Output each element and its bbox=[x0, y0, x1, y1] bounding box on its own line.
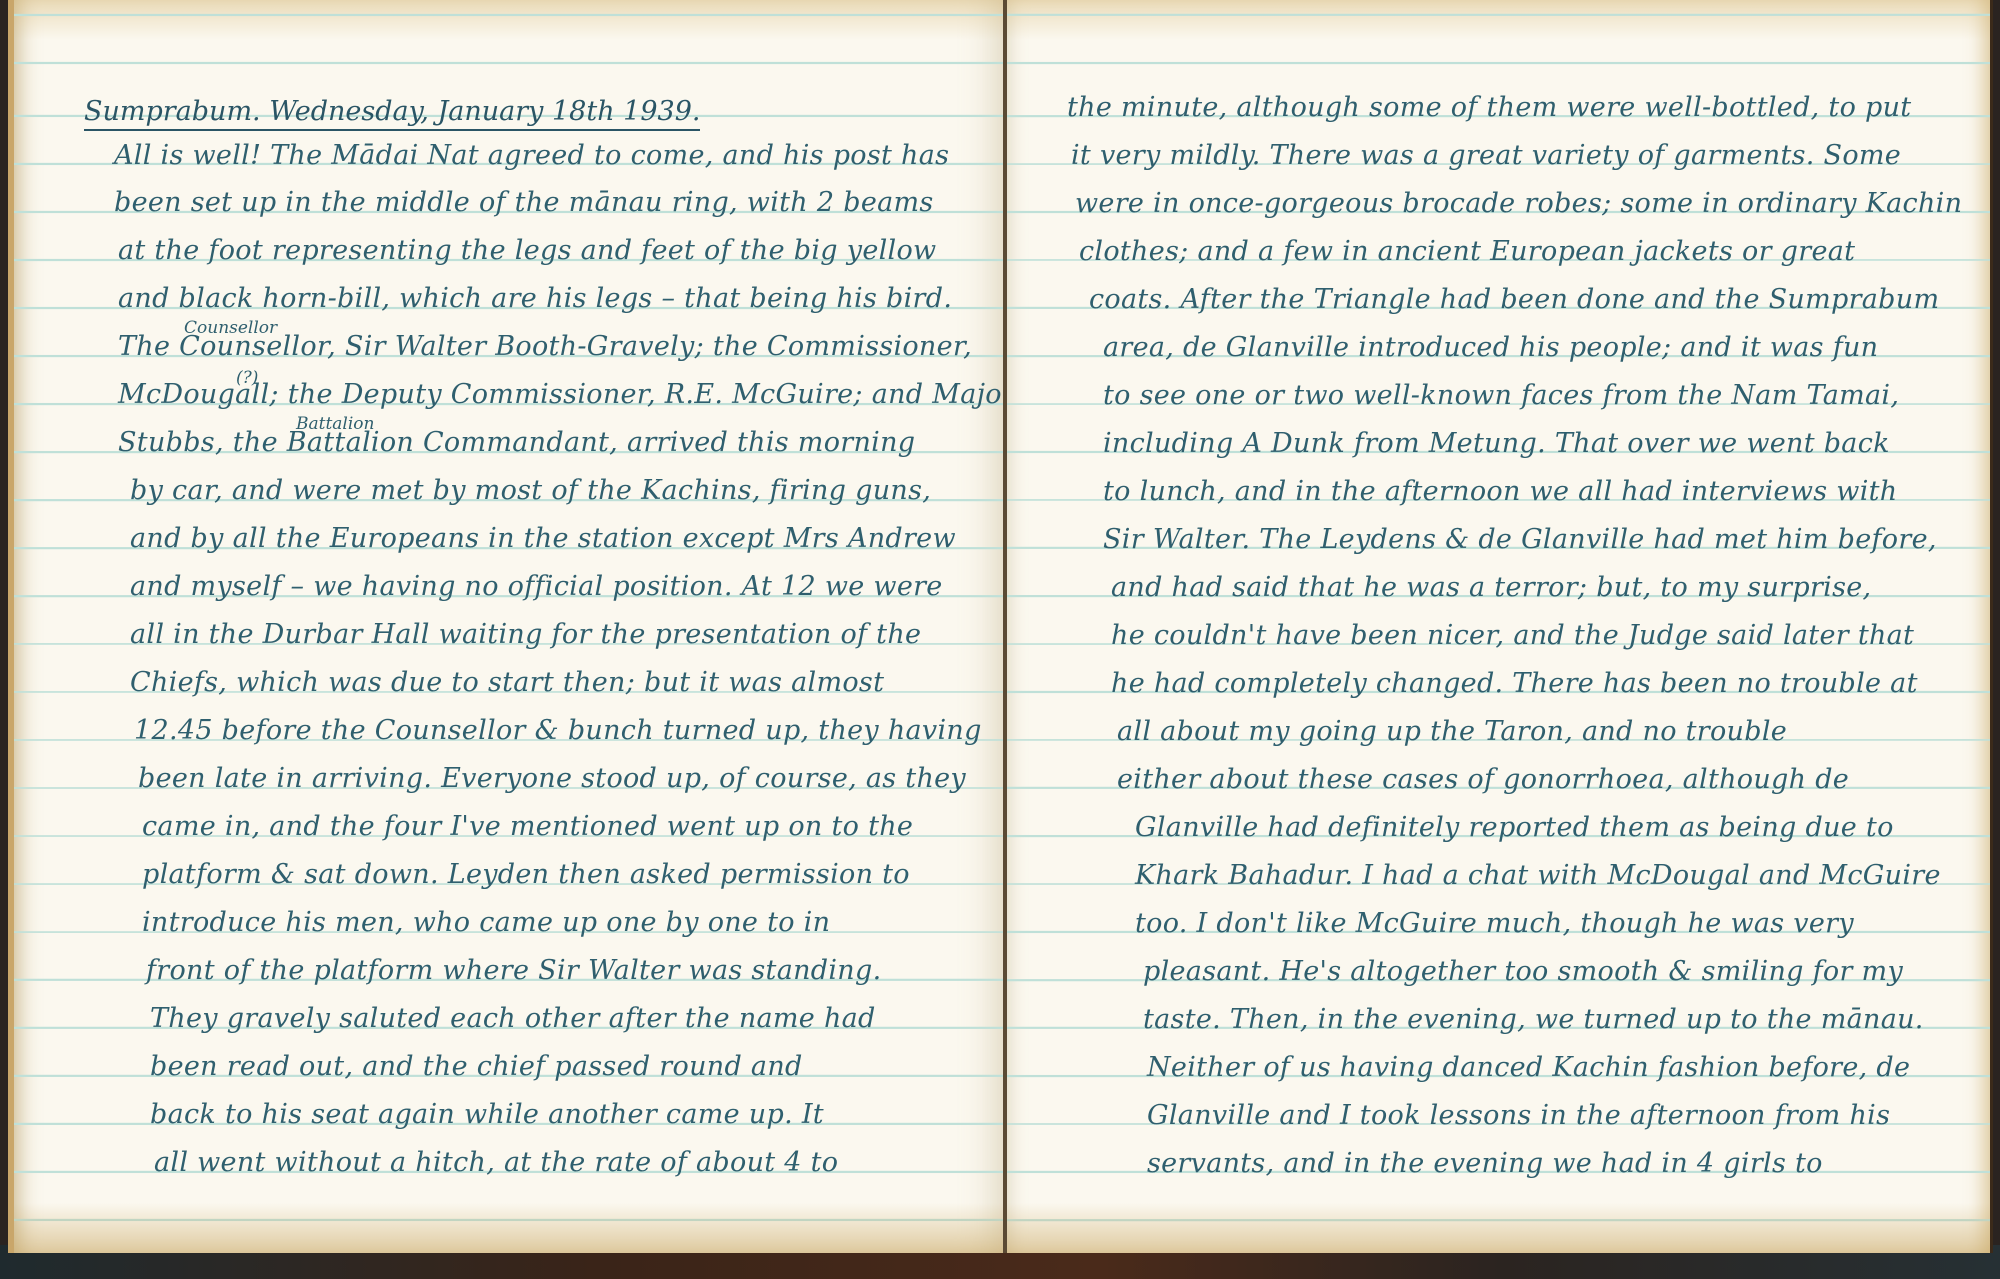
handwritten-line: coats. After the Triangle had been done … bbox=[1089, 284, 1939, 315]
handwritten-line: servants, and in the evening we had in 4… bbox=[1147, 1148, 1823, 1179]
handwritten-line: taste. Then, in the evening, we turned u… bbox=[1143, 1004, 1924, 1035]
handwritten-line: been read out, and the chief passed roun… bbox=[150, 1051, 803, 1082]
left-notebook-page: Sumprabum. Wednesday, January 18th 1939.… bbox=[8, 0, 1011, 1253]
handwritten-line: and black horn-bill, which are his legs … bbox=[118, 283, 952, 314]
handwritten-line: 12.45 before the Counsellor & bunch turn… bbox=[134, 715, 982, 746]
handwritten-line: back to his seat again while another cam… bbox=[150, 1099, 824, 1130]
handwritten-line: Khark Bahadur. I had a chat with McDouga… bbox=[1135, 860, 1941, 891]
handwritten-line: and by all the Europeans in the station … bbox=[130, 523, 956, 554]
handwritten-line: either about these cases of gonorrhoea, … bbox=[1117, 764, 1849, 795]
paper-stain-bottom bbox=[1007, 1203, 1990, 1253]
handwritten-line: been late in arriving. Everyone stood up… bbox=[138, 763, 966, 794]
handwritten-line: Neither of us having danced Kachin fashi… bbox=[1147, 1052, 1910, 1083]
inserted-word-battalion: Battalion bbox=[296, 414, 374, 434]
handwritten-line: and had said that he was a terror; but, … bbox=[1111, 572, 1871, 603]
handwritten-line: all went without a hitch, at the rate of… bbox=[154, 1147, 838, 1178]
handwritten-line: were in once-gorgeous brocade robes; som… bbox=[1075, 188, 1962, 219]
inserted-question-mark: (?) bbox=[236, 368, 258, 388]
handwritten-line: All is well! The Mādai Nat agreed to com… bbox=[114, 140, 949, 171]
handwritten-line: came in, and the four I've mentioned wen… bbox=[142, 811, 913, 842]
handwritten-line: and myself – we having no official posit… bbox=[130, 571, 943, 602]
inserted-word-counsellor: Counsellor bbox=[184, 318, 277, 338]
handwritten-line: front of the platform where Sir Walter w… bbox=[146, 955, 881, 986]
diary-entry-heading: Sumprabum. Wednesday, January 18th 1939. bbox=[84, 96, 700, 131]
handwritten-line: including A Dunk from Metung. That over … bbox=[1103, 428, 1890, 459]
handwritten-line: Sir Walter. The Leydens & de Glanville h… bbox=[1103, 524, 1937, 555]
handwritten-line: to lunch, and in the afternoon we all ha… bbox=[1103, 476, 1897, 507]
paper-stain-top bbox=[14, 0, 1011, 40]
handwritten-line: pleasant. He's altogether too smooth & s… bbox=[1143, 956, 1903, 987]
handwritten-line: it very mildly. There was a great variet… bbox=[1071, 140, 1901, 171]
handwritten-line: he couldn't have been nicer, and the Jud… bbox=[1111, 620, 1914, 651]
handwritten-line: all about my going up the Taron, and no … bbox=[1117, 716, 1787, 747]
handwritten-line: introduce his men, who came up one by on… bbox=[142, 907, 830, 938]
handwritten-line: the minute, although some of them were w… bbox=[1067, 92, 1911, 123]
handwritten-line: to see one or two well-known faces from … bbox=[1103, 380, 1899, 411]
handwritten-line: Glanville had definitely reported them a… bbox=[1135, 812, 1894, 843]
handwritten-line: he had completely changed. There has bee… bbox=[1111, 668, 1918, 699]
right-notebook-page: the minute, although some of them were w… bbox=[1007, 0, 1993, 1253]
handwritten-line: They gravely saluted each other after th… bbox=[150, 1003, 876, 1034]
handwritten-line: too. I don't like McGuire much, though h… bbox=[1135, 908, 1854, 939]
handwritten-line: Chiefs, which was due to start then; but… bbox=[130, 667, 884, 698]
handwritten-line: Glanville and I took lessons in the afte… bbox=[1147, 1100, 1890, 1131]
handwritten-line: by car, and were met by most of the Kach… bbox=[130, 475, 931, 506]
handwritten-line: Stubbs, the Battalion Commandant, arrive… bbox=[118, 427, 915, 458]
handwritten-line: been set up in the middle of the mānau r… bbox=[114, 187, 934, 218]
handwritten-line: all in the Durbar Hall waiting for the p… bbox=[130, 619, 921, 650]
paper-stain-top bbox=[1007, 0, 1990, 40]
handwritten-line: clothes; and a few in ancient European j… bbox=[1079, 236, 1855, 267]
handwritten-line: area, de Glanville introduced his people… bbox=[1103, 332, 1878, 363]
handwritten-line: platform & sat down. Leyden then asked p… bbox=[142, 859, 910, 890]
handwritten-line: at the foot representing the legs and fe… bbox=[118, 235, 936, 266]
paper-stain-bottom bbox=[14, 1203, 1011, 1253]
